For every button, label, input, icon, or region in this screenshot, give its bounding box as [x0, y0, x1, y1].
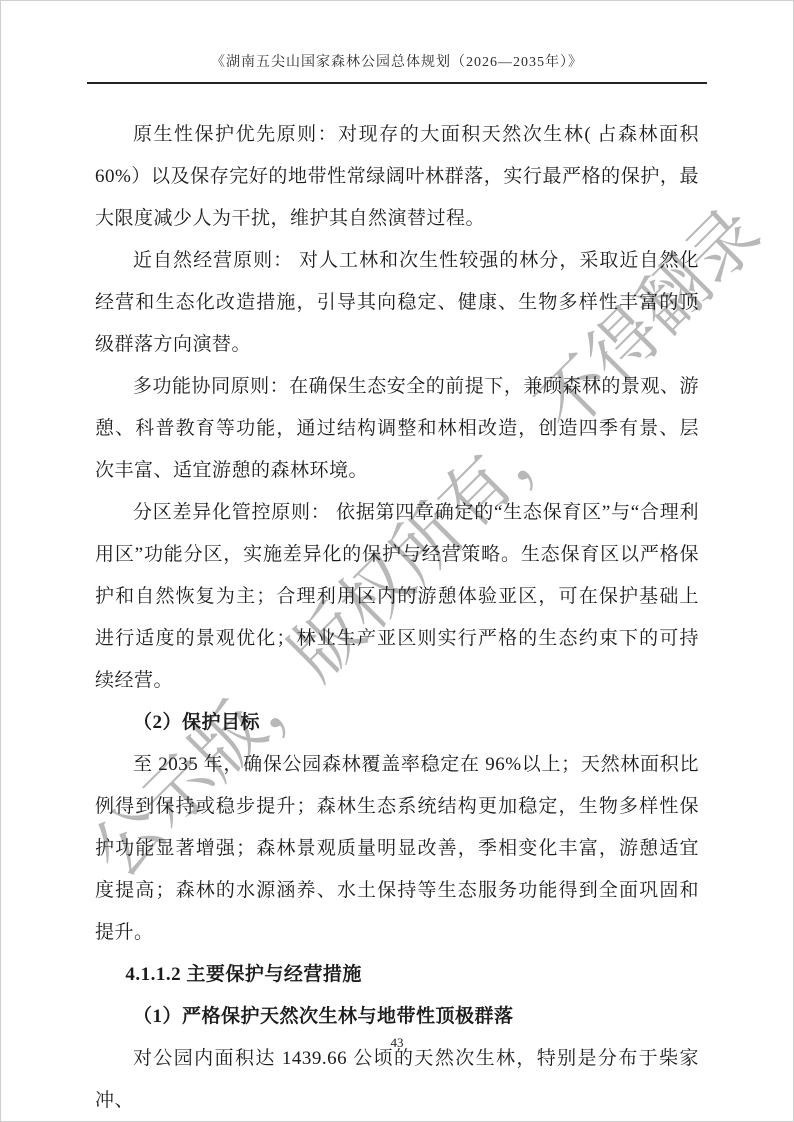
body-paragraph: 至 2035 年，确保公园森林覆盖率稳定在 96%以上；天然林面积比例得到保持或…	[95, 744, 699, 954]
section-heading-numbered: 4.1.1.2 主要保护与经营措施	[95, 954, 699, 996]
document-title: 《湖南五尖山国家森林公园总体规划（2026—2035年）》	[211, 55, 583, 70]
document-page: 公示版，版权所有，不得翻录 《湖南五尖山国家森林公园总体规划（2026—2035…	[0, 0, 794, 1122]
body-paragraph: 多功能协同原则：在确保生态安全的前提下，兼顾森林的景观、游憩、科普教育等功能，通…	[95, 366, 699, 492]
page-number: 43	[1, 1035, 793, 1051]
body-paragraph: 原生性保护优先原则：对现存的大面积天然次生林( 占森林面积 60%）以及保存完好…	[95, 114, 699, 240]
body-paragraph: 分区差异化管控原则： 依据第四章确定的“生态保育区”与“合理利用区”功能分区，实…	[95, 492, 699, 702]
section-heading: （1）严格保护天然次生林与地带性顶极群落	[95, 996, 699, 1038]
page-header: 《湖南五尖山国家森林公园总体规划（2026—2035年）》	[87, 1, 707, 84]
body-paragraph: 近自然经营原则： 对人工林和次生性较强的林分，采取近自然化经营和生态化改造措施，…	[95, 240, 699, 366]
section-heading: （2）保护目标	[95, 702, 699, 744]
document-body: 原生性保护优先原则：对现存的大面积天然次生林( 占森林面积 60%）以及保存完好…	[95, 84, 699, 1122]
